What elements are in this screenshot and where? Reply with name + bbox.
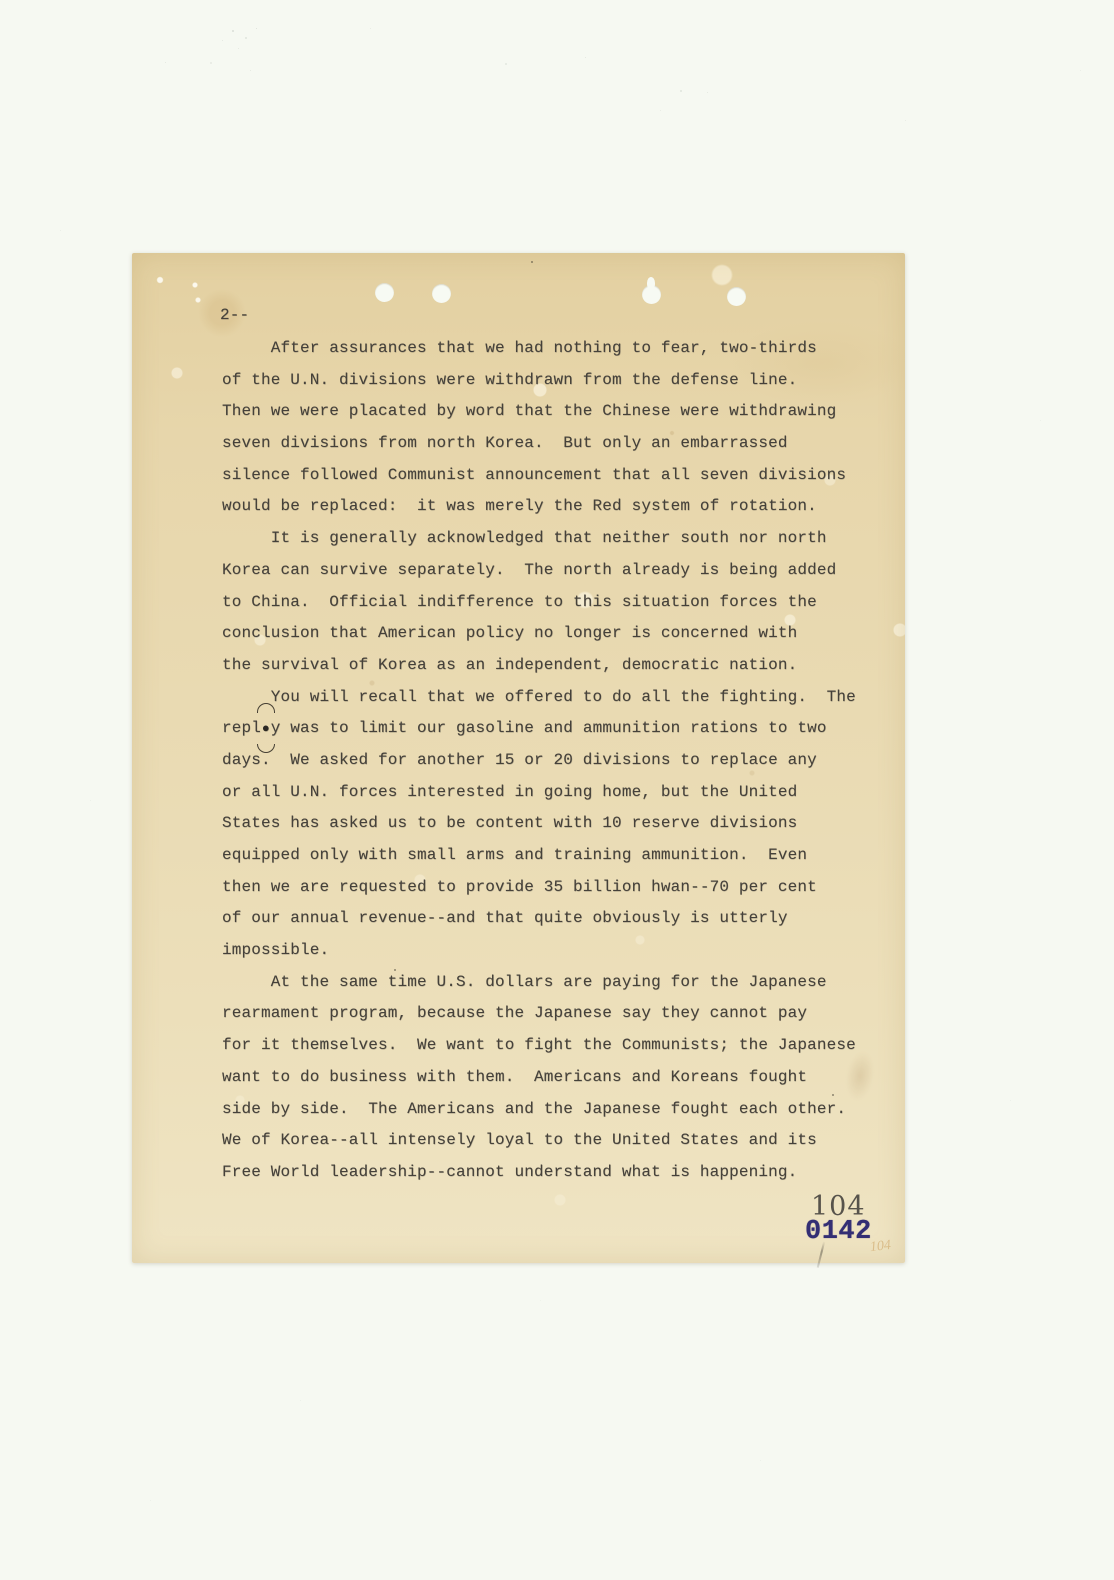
typed-line: to China. Official indifference to this … [222,587,882,619]
typed-line: seven divisions from north Korea. But on… [222,428,882,460]
typed-line: days. We asked for another 15 or 20 divi… [222,745,882,777]
scanner-speck [60,230,61,231]
typed-line: After assurances that we had nothing to … [222,333,882,365]
scanner-speck [540,1300,541,1301]
typed-line: of our annual revenue--and that quite ob… [222,903,882,935]
typed-line: for it themselves. We want to fight the … [222,1030,882,1062]
typed-line: Korea can survive separately. The north … [222,555,882,587]
typed-line: side by side. The Americans and the Japa… [222,1094,882,1126]
typed-line: We of Korea--all intensely loyal to the … [222,1125,882,1157]
scanner-speck [245,37,247,39]
typed-line: would be replaced: it was merely the Red… [222,491,882,523]
scanner-speck [210,62,212,64]
hole-punch [375,283,394,302]
typed-line: or all U.N. forces interested in going h… [222,777,882,809]
typed-line: It is generally acknowledged that neithe… [222,523,882,555]
typed-line: conclusion that American policy no longe… [222,618,882,650]
scanner-speck [232,30,234,32]
scanner-speck [90,800,91,801]
scanner-speck [1080,70,1081,71]
scanner-speck [256,28,257,29]
page-number: 2-- [220,306,249,324]
ink-speck [832,1094,834,1096]
ink-speck [394,969,396,971]
scanner-speck [1010,1100,1011,1101]
typed-line: the survival of Korea as an independent,… [222,650,882,682]
scanner-speck [905,120,906,121]
archive-stamp-blue: 0142 [805,1217,872,1247]
scan-background: 2-- After assurances that we had nothing… [0,0,1114,1580]
typed-line: impossible. [222,935,882,967]
hole-punch [642,285,661,304]
typed-text-body: After assurances that we had nothing to … [222,333,882,1189]
typed-line: repl●y was to limit our gasoline and amm… [222,713,882,745]
hole-punch [727,287,746,306]
document-page: 2-- After assurances that we had nothing… [132,253,905,1263]
typed-line: silence followed Communist announcement … [222,460,882,492]
scanner-speck [680,90,682,92]
scanner-speck [222,40,223,41]
typed-line: Free World leadership--cannot understand… [222,1157,882,1189]
scanner-speck [150,1500,151,1501]
typed-line: want to do business with them. Americans… [222,1062,882,1094]
typed-line: You will recall that we offered to do al… [222,682,882,714]
scanner-speck [1040,420,1041,421]
scanner-speck [585,57,586,58]
typed-line: equipped only with small arms and traini… [222,840,882,872]
typed-line: Then we were placated by word that the C… [222,396,882,428]
scanner-speck [505,63,507,65]
scanner-speck [165,62,166,63]
scanner-speck [660,110,661,111]
hole-punch-tear [647,277,655,289]
typed-line: States has asked us to be content with 1… [222,808,882,840]
scanner-speck [370,28,371,29]
hole-punch [432,284,451,303]
ink-speck [531,261,533,263]
scanner-speck [300,1400,301,1401]
scanner-speck [760,1460,761,1461]
overstrike-correction-mark: ● [261,713,271,745]
typed-line: rearmament program, because the Japanese… [222,998,882,1030]
typed-line: then we are requested to provide 35 bill… [222,872,882,904]
scanner-speck [238,48,239,49]
typed-line: of the U.N. divisions were withdrawn fro… [222,365,882,397]
scanner-speck [250,70,251,71]
faint-handwritten-number: 104 [869,1238,892,1256]
scanner-speck [707,92,708,93]
typed-line: At the same time U.S. dollars are paying… [222,967,882,999]
